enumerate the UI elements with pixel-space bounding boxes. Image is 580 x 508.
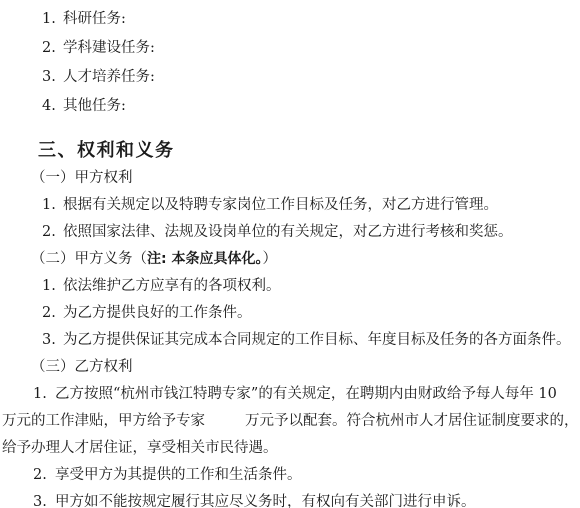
item-text: 给予办理人才居住证，享受相关市民待遇。 [2, 440, 278, 456]
item-number: 4. [42, 92, 63, 121]
clause-paragraph-line: 给予办理人才居住证，享受相关市民待遇。 [0, 435, 580, 462]
clause-item: 1.根据有关规定以及特聘专家岗位工作目标及任务，对乙方进行管理。 [0, 192, 580, 219]
item-number: 1. [33, 381, 55, 408]
subsection-heading-party-b-rights: （三）乙方权利 [0, 354, 580, 381]
contract-page: 1.科研任务: 2.学科建设任务: 3.人才培养任务: 4.其他任务: 三、权利… [0, 0, 580, 508]
item-number: 2. [42, 300, 63, 327]
item-text: 万元予以配套。符合杭州市人才居住证制度要求的， [245, 413, 579, 429]
list-item-other-task: 4.其他任务: [0, 92, 580, 121]
heading-prefix: （二）甲方义务（ [31, 251, 147, 267]
item-text: 人才培养任务: [63, 69, 155, 85]
item-text: 其他任务: [63, 98, 126, 114]
clause-item: 2.享受甲方为其提供的工作和生活条件。 [0, 462, 580, 489]
item-number: 3. [33, 489, 55, 508]
item-text: 科研任务: [63, 11, 126, 27]
list-item-talent-task: 3.人才培养任务: [0, 63, 580, 92]
item-text: 为乙方提供良好的工作条件。 [63, 305, 252, 321]
item-text: 甲方如不能按规定履行其应尽义务时，有权向有关部门进行申诉。 [55, 494, 476, 508]
item-text: 万元的工作津贴，甲方给予专家 [2, 413, 205, 429]
clause-paragraph-line: 1.乙方按照“杭州市钱江特聘专家”的有关规定，在聘期内由财政给予每人每年 10 [0, 381, 580, 408]
heading-suffix: ） [262, 251, 277, 267]
heading-note: 注: 本条应具体化。 [147, 251, 262, 267]
list-item-research-task: 1.科研任务: [0, 5, 580, 34]
item-number: 2. [42, 219, 63, 246]
clause-item: 3.甲方如不能按规定履行其应尽义务时，有权向有关部门进行申诉。 [0, 489, 580, 508]
clause-item: 3.为乙方提供保证其完成本合同规定的工作目标、年度目标及任务的各方面条件。 [0, 327, 580, 354]
subsection-heading-party-a-obligations: （二）甲方义务（注: 本条应具体化。） [0, 246, 580, 273]
list-item-discipline-task: 2.学科建设任务: [0, 34, 580, 63]
clause-item: 1.依法维护乙方应享有的各项权利。 [0, 273, 580, 300]
subsection-heading-party-a-rights: （一）甲方权利 [0, 165, 580, 192]
item-number: 1. [42, 273, 63, 300]
section-heading-rights-obligations: 三、权利和义务 [38, 136, 580, 165]
item-text: 依照国家法律、法规及设岗单位的有关规定，对乙方进行考核和奖惩。 [63, 224, 513, 240]
item-text: 根据有关规定以及特聘专家岗位工作目标及任务，对乙方进行管理。 [63, 197, 498, 213]
item-number: 3. [42, 63, 63, 92]
clause-paragraph-line: 万元的工作津贴，甲方给予专家万元予以配套。符合杭州市人才居住证制度要求的， [0, 408, 580, 435]
item-text: 享受甲方为其提供的工作和生活条件。 [55, 467, 302, 483]
item-text: 乙方按照“杭州市钱江特聘专家”的有关规定，在聘期内由财政给予每人每年 10 [55, 386, 557, 402]
item-number: 2. [42, 34, 63, 63]
clause-item: 2.依照国家法律、法规及设岗单位的有关规定，对乙方进行考核和奖惩。 [0, 219, 580, 246]
item-number: 2. [33, 462, 55, 489]
item-number: 3. [42, 327, 63, 354]
item-text: 学科建设任务: [63, 40, 155, 56]
clause-item: 2.为乙方提供良好的工作条件。 [0, 300, 580, 327]
item-text: 为乙方提供保证其完成本合同规定的工作目标、年度目标及任务的各方面条件。 [63, 332, 571, 348]
item-number: 1. [42, 192, 63, 219]
item-text: 依法维护乙方应享有的各项权利。 [63, 278, 281, 294]
item-number: 1. [42, 5, 63, 34]
